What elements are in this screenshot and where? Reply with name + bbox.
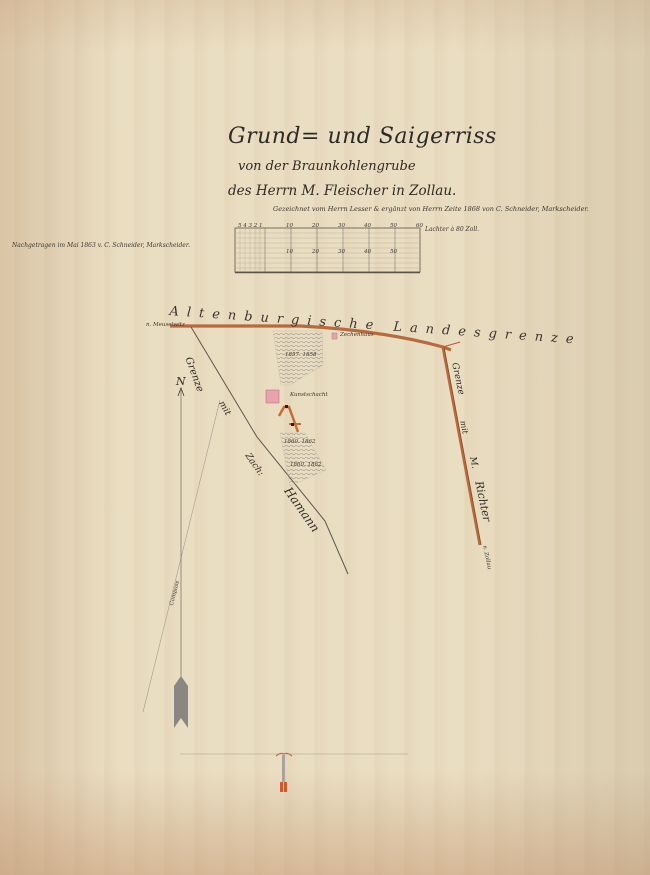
scale-mid-tick: 20 [312, 250, 319, 256]
meridian-arrow-icon [174, 676, 188, 728]
zechenhaus-label: Zechenhaus [340, 333, 374, 339]
scale-mid-tick: 50 [390, 250, 397, 256]
scale-note: Lachter à 80 Zoll. [425, 227, 479, 233]
title-line-3: des Herrn M. Fleischer in Zollau. [228, 185, 456, 199]
grenze-right-2: mit [458, 420, 469, 435]
grenze-right-3: M. [467, 456, 478, 470]
compass-line [143, 400, 220, 712]
field-3-label: 1860. 1862 [290, 463, 322, 469]
title-line-2: von der Braunkohlengrube [238, 160, 416, 173]
left-end-label: n. Meuselwitz [146, 323, 185, 329]
title-line-1: Grund= und Saigerriss [228, 126, 497, 148]
landesgrenze-boundary [170, 326, 481, 545]
kunstschacht-building [266, 390, 279, 403]
field-2-label: 1860. 1862 [284, 440, 316, 446]
field-1-label: 1857. 1858 [285, 353, 317, 359]
tick: 5 [238, 223, 242, 229]
tick: 2 [254, 223, 258, 229]
shaft-structure [279, 405, 301, 432]
scale-mid-tick: 10 [286, 250, 293, 256]
tick: 1 [259, 223, 263, 229]
zechenhaus-building [332, 333, 337, 339]
subtitle-credit: Gezeichnet vom Herrn Lesser & ergänzt vo… [273, 206, 589, 213]
scale-top-tick: 10 [286, 224, 293, 230]
north-mark: N [176, 376, 186, 387]
scale-top-tick: 20 [312, 224, 319, 230]
map-sheet: Grund= und Saigerriss von der Braunkohle… [0, 0, 650, 875]
tick: 4 [243, 223, 247, 229]
scale-mid-tick: 30 [338, 250, 345, 256]
scale-top-tick: 40 [364, 224, 371, 230]
scale-top-tick: 30 [338, 224, 345, 230]
kunstschacht-label: Kunstschacht [290, 393, 328, 399]
hamann-boundary [191, 327, 348, 574]
scale-top-tick: 50 [390, 224, 397, 230]
scale-left-ticks: 5 4 3 2 1 [238, 224, 263, 230]
shaft-profile-icon [276, 753, 292, 792]
scale-mid-tick: 40 [364, 250, 371, 256]
tick: 3 [249, 223, 253, 229]
side-note: Nachgetragen im Mai 1863 v. C. Schneider… [12, 243, 190, 249]
scale-top-tick: 60 [416, 224, 423, 230]
